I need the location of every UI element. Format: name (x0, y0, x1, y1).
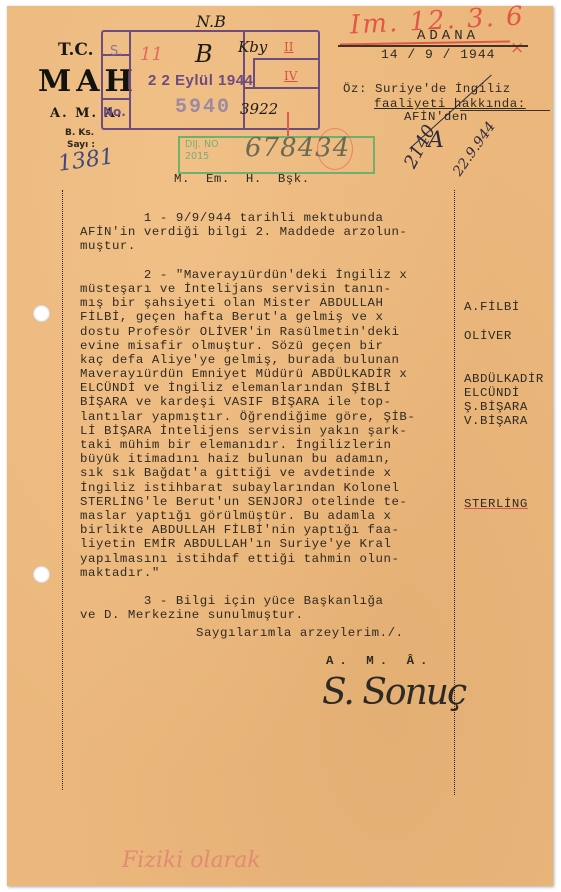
body-line: taki mühim bir elemanıdır. İngilizlerin (80, 438, 455, 452)
stamp-date: 2 2 Eylül 1944 (148, 72, 253, 89)
addressee: M. Em. H. Bşk. (174, 172, 310, 186)
body-line: maktadır." (80, 566, 455, 580)
margin-note: ABDÜLKADİR (464, 372, 554, 386)
body-line: büyük itimadını haiz bulunan bu adamın, (80, 452, 455, 466)
body-line: BİŞARA ve kardeşi VASIF BİŞARA ile top- (80, 395, 455, 409)
body-line: sık sık Bağdat'a gittiği ve avdetinde x (80, 466, 455, 480)
document-date: 14 / 9 / 1944 (381, 47, 495, 62)
stamp-handwritten-koy: Kby (238, 38, 267, 56)
stamp-roman-2: IV (284, 69, 297, 83)
footer-red-handwriting: Fiziki olarak (122, 848, 261, 873)
left-margin-rule (62, 190, 63, 790)
letter-body: 1 - 9/9/944 tarihli mektubundaAFİN'in ve… (80, 211, 455, 622)
body-line: yapılmasını istihdaf ettiği tahmin olun- (80, 552, 455, 566)
body-line: 1 - 9/9/944 tarihli mektubunda (80, 211, 455, 225)
body-line: liyetin EMİR ABDULLAH'ın Suriye'ye Kral (80, 537, 455, 551)
stamp-s-label: S. (110, 44, 122, 59)
body-line: ELCÜNDİ ve İngiliz elemanlarından ŞİBLİ (80, 381, 455, 395)
margin-note: A.FİLBİ (464, 300, 554, 314)
city: ADANA (417, 28, 479, 44)
margin-note: V.BİŞARA (464, 414, 554, 428)
body-line: STERLİNG'le Berut'un SENJORJ otelinde te… (80, 495, 455, 509)
punch-hole (33, 566, 50, 583)
body-line: birlikte ABDULLAH FİLBİ'nin yaptığı faa- (80, 523, 455, 537)
margin-note: Ş.BİŞARA (464, 400, 554, 414)
signature: S. Sonuç (322, 672, 465, 713)
body-line: dostu Profesör OLİVER'in Rasülmetin'deki (80, 325, 455, 339)
body-line: kaç defa Aliye'ye gelmiş, burada bulunan (80, 353, 455, 367)
body-line: evine misafir olmuştur. Sözü geçen bir (80, 339, 455, 353)
stamp-no-label: No. (103, 105, 126, 119)
body-line: 3 - Bilgi için yüce Başkanlığa (80, 594, 455, 608)
body-line: müsteşarı ve İntelijans servisin tanın- (80, 282, 455, 296)
body-line: AFİN'in verdiği bilgi 2. Maddede arzolun… (80, 225, 455, 239)
body-line: maslar yaptığı görülmüştür. Bu adamla x (80, 509, 455, 523)
red-x-mark: × (510, 38, 524, 58)
margin-note: OLİVER (464, 329, 554, 343)
body-line: mış bir şahsiyeti olan Mister ABDULLAH (80, 296, 455, 310)
margin-note: STERLİNG (464, 497, 554, 511)
letterhead-tc: T.C. (58, 40, 94, 60)
body-line: Lİ BİŞARA İntelijens servisin yakın şark… (80, 424, 455, 438)
punch-hole (33, 305, 50, 322)
body-line: muştur. (80, 239, 455, 253)
closing-line: Saygılarımla arzeylerim./. (196, 626, 404, 640)
body-line: Maverayıürdün Emniyet Müdürü ABDÜLKADİR … (80, 367, 455, 381)
stamp-handwritten-b: B (195, 40, 213, 68)
dij-stamp-label: DIJ. NO 2015 (185, 139, 219, 163)
body-line: FİLBİ, geçen hafta Berut'a gelmiş ve x (80, 310, 455, 324)
stamp-roman-1: II (284, 40, 293, 54)
subject-source: AFİN'den (404, 110, 468, 124)
subject-text: Suriye'de İngiliz (375, 82, 511, 96)
body-line (80, 580, 455, 594)
body-line: ve D. Merkezine sunulmuştur. (80, 608, 455, 622)
margin-note: ELCÜNDİ (464, 386, 554, 400)
stamp-handwritten-nb: N.B (196, 12, 226, 31)
red-circle-mark (317, 128, 353, 170)
subject-line-1: Öz: Suriye'de İngiliz (343, 82, 511, 96)
red-tick-mark (287, 112, 289, 136)
stamp-red-mark: 11 (140, 44, 163, 65)
subject-rule (460, 110, 550, 111)
stamp-number: 5940 (175, 96, 231, 119)
stamp-handwritten-number: 3922 (240, 100, 278, 118)
body-line (80, 254, 455, 268)
body-line: 2 - "Maverayıürdün'deki İngiliz x (80, 268, 455, 282)
letterhead-bks: B. Ks. (65, 128, 94, 138)
body-line: İngiliz istihbarat subaylarından Kolonel (80, 481, 455, 495)
initials: A. M. Â. (326, 654, 434, 668)
subject-label: Öz: (343, 82, 367, 96)
body-line: lantılar yapmıştır. Öğrendiğime göre, Şİ… (80, 410, 455, 424)
